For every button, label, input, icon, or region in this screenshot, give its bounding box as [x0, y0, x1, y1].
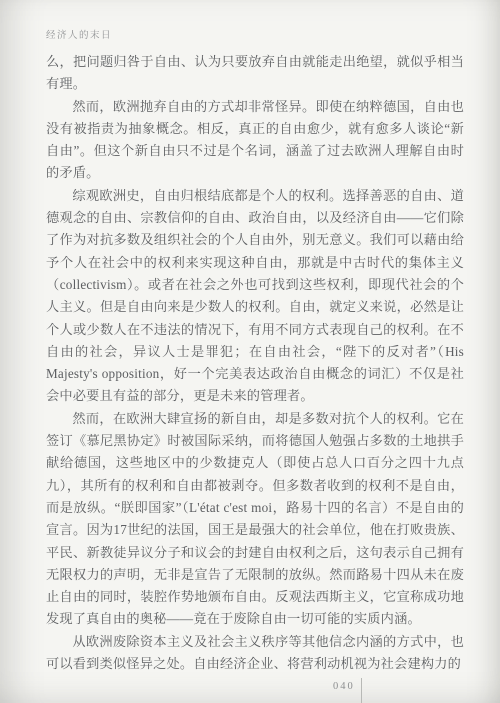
paragraph: 然而，在欧洲大肆宣扬的新自由，却是多数对抗个人的权利。它在签订《慕尼黑协定》时被… — [46, 408, 464, 631]
running-head-book-title: 经济人的末日 — [46, 27, 112, 41]
paragraph-runover: 从欧洲废除资本主义及社会主义秩序等其他信念内涵的方式中，也可以看到类似怪异之处。… — [46, 631, 464, 676]
book-page-scan: 经济人的末日 么，把问题归咎于自由、认为只要放弃自由就能走出绝望，就似乎相当有理… — [0, 0, 500, 703]
footer-rule-line — [361, 678, 362, 703]
page-footer: 040 — [0, 673, 500, 703]
paragraph-continuation: 么，把问题归咎于自由、认为只要放弃自由就能走出绝望，就似乎相当有理。 — [46, 51, 464, 96]
paragraph: 综观欧洲史，自由归根结底都是个人的权利。选择善恶的自由、道德观念的自由、宗教信仰… — [46, 185, 464, 408]
paragraph: 然而，欧洲抛弃自由的方式却非常怪异。即使在纳粹德国，自由也没有被指责为抽象概念。… — [46, 96, 464, 185]
page-number: 040 — [333, 681, 355, 692]
body-text-block: 么，把问题归咎于自由、认为只要放弃自由就能走出绝望，就似乎相当有理。 然而，欧洲… — [46, 51, 464, 675]
